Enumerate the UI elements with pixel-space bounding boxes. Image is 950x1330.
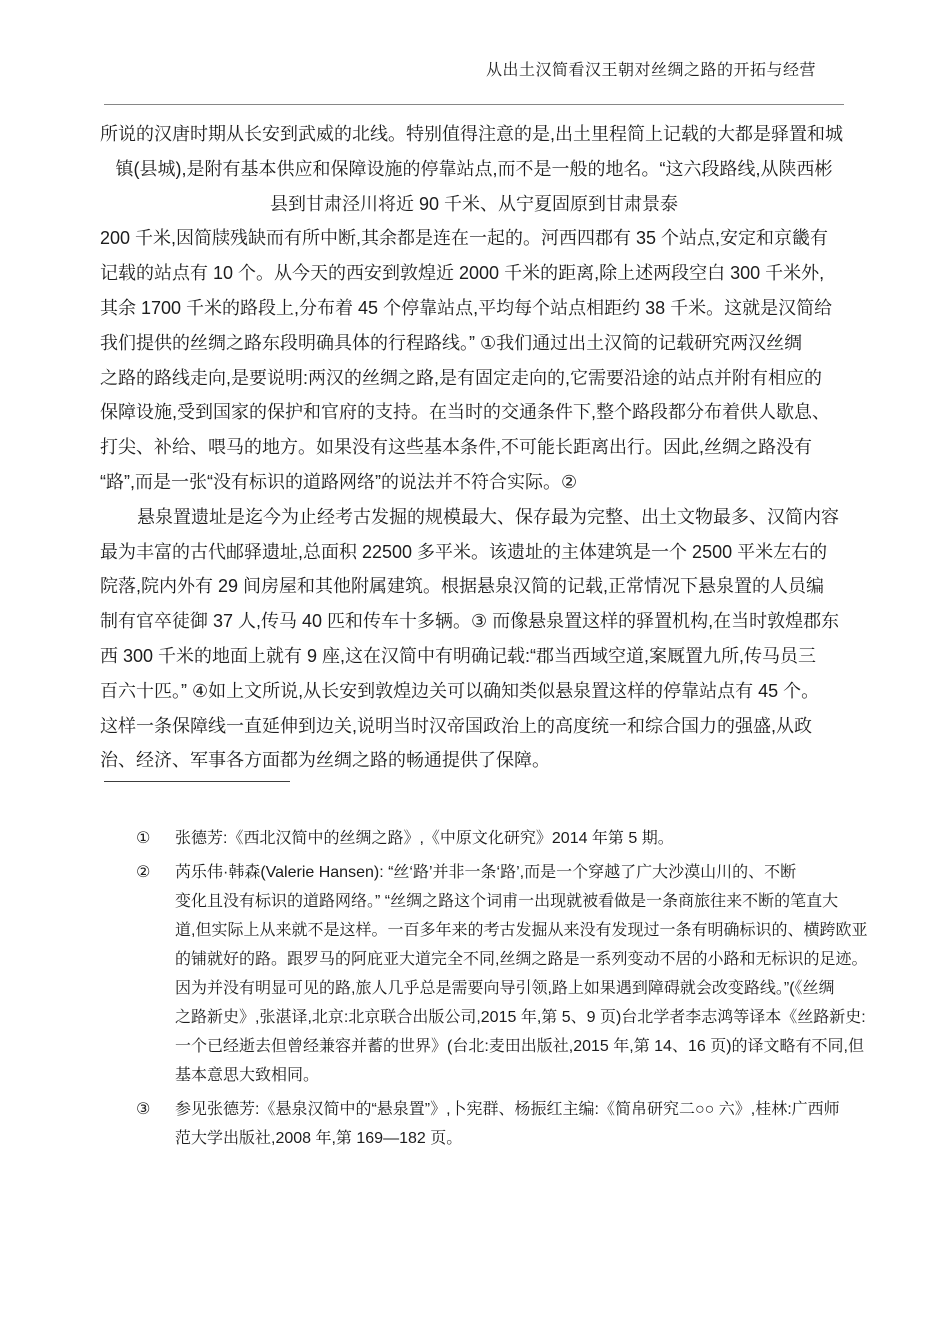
footnote-line: 范大学出版社,2008 年,第 169—182 页。 bbox=[175, 1124, 930, 1153]
footnote-line: 参见张德芳:《悬泉汉简中的“悬泉置”》,卜宪群、杨振红主编:《简帛研究二○○ 六… bbox=[175, 1095, 930, 1124]
body-line: 所说的汉唐时期从长安到武威的北线。特别值得注意的是,出土里程简上记载的大都是驿置… bbox=[100, 117, 848, 152]
paragraph: 悬泉置遗址是迄今为止经考古发掘的规模最大、保存最为完整、出土文物最多、汉简内容最… bbox=[100, 500, 848, 778]
document-body: 所说的汉唐时期从长安到武威的北线。特别值得注意的是,出土里程简上记载的大都是驿置… bbox=[100, 117, 848, 778]
body-line: 县到甘肃泾川将近 90 千米、从宁夏固原到甘肃景泰 bbox=[100, 187, 848, 222]
body-line: 打尖、补给、喂马的地方。如果没有这些基本条件,不可能长距离出行。因此,丝绸之路没… bbox=[100, 430, 848, 465]
footnote-line: 基本意思大致相同。 bbox=[175, 1061, 930, 1090]
body-line: 西 300 千米的地面上就有 9 座,这在汉简中有明确记载:“郡当西域空道,案厩… bbox=[100, 639, 848, 674]
footnote-marker: ① bbox=[136, 824, 150, 853]
body-line: 悬泉置遗址是迄今为止经考古发掘的规模最大、保存最为完整、出土文物最多、汉简内容 bbox=[100, 500, 848, 535]
footnote-divider bbox=[104, 781, 290, 782]
body-line: 这样一条保障线一直延伸到边关,说明当时汉帝国政治上的高度统一和综合国力的强盛,从… bbox=[100, 709, 848, 744]
paragraph: 所说的汉唐时期从长安到武威的北线。特别值得注意的是,出土里程简上记载的大都是驿置… bbox=[100, 117, 848, 500]
body-line: 记载的站点有 10 个。从今天的西安到敦煌近 2000 千米的距离,除上述两段空… bbox=[100, 256, 848, 291]
body-line: 保障设施,受到国家的保护和官府的支持。在当时的交通条件下,整个路段都分布着供人歇… bbox=[100, 395, 848, 430]
body-line: 治、经济、军事各方面都为丝绸之路的畅通提供了保障。 bbox=[100, 743, 848, 778]
footnote-item: ①张德芳:《西北汉简中的丝绸之路》,《中原文化研究》2014 年第 5 期。 bbox=[100, 824, 930, 853]
footnote-line: 张德芳:《西北汉简中的丝绸之路》,《中原文化研究》2014 年第 5 期。 bbox=[175, 824, 930, 853]
running-header-title: 从出土汉简看汉王朝对丝绸之路的开拓与经营 bbox=[100, 57, 816, 80]
footnote-marker: ② bbox=[136, 858, 150, 887]
footnote-line: 的铺就好的路。跟罗马的阿庇亚大道完全不同,丝绸之路是一系列变动不居的小路和无标识… bbox=[175, 945, 930, 974]
body-line: “路”,而是一张“没有标识的道路网络”的说法并不符合实际。② bbox=[100, 465, 848, 500]
footnote-item: ②芮乐伟·韩森(Valerie Hansen): “丝‘路’并非一条‘路’,而是… bbox=[100, 858, 930, 1090]
footnote-line: 一个已经逝去但曾经兼容并蓄的世界》(台北:麦田出版社,2015 年,第 14、1… bbox=[175, 1032, 930, 1061]
body-line: 其余 1700 千米的路段上,分布着 45 个停靠站点,平均每个站点相距约 38… bbox=[100, 291, 848, 326]
body-line: 院落,院内外有 29 间房屋和其他附属建筑。根据悬泉汉简的记载,正常情况下悬泉置… bbox=[100, 569, 848, 604]
body-line: 之路的路线走向,是要说明:两汉的丝绸之路,是有固定走向的,它需要沿途的站点并附有… bbox=[100, 361, 848, 396]
footnote-line: 变化且没有标识的道路网络。” “丝绸之路这个词甫一出现就被看做是一条商旅往来不断… bbox=[175, 887, 930, 916]
document-page: 从出土汉简看汉王朝对丝绸之路的开拓与经营 所说的汉唐时期从长安到武威的北线。特别… bbox=[0, 0, 950, 1330]
footnote-line: 芮乐伟·韩森(Valerie Hansen): “丝‘路’并非一条‘路’,而是一… bbox=[175, 858, 930, 887]
footnote-line: 之路新史》,张湛译,北京:北京联合出版公司,2015 年,第 5、9 页)台北学… bbox=[175, 1003, 930, 1032]
body-line: 制有官卒徒御 37 人,传马 40 匹和传车十多辆。③ 而像悬泉置这样的驿置机构… bbox=[100, 604, 848, 639]
footnotes-section: ①张德芳:《西北汉简中的丝绸之路》,《中原文化研究》2014 年第 5 期。②芮… bbox=[100, 824, 930, 1158]
footnote-line: 道,但实际上从来就不是这样。一百多年来的考古发掘从来没有发现过一条有明确标识的、… bbox=[175, 916, 930, 945]
header-divider bbox=[104, 104, 844, 105]
body-line: 镇(县城),是附有基本供应和保障设施的停靠站点,而不是一般的地名。“这六段路线,… bbox=[100, 152, 848, 187]
body-line: 百六十匹。” ④如上文所说,从长安到敦煌边关可以确知类似悬泉置这样的停靠站点有 … bbox=[100, 674, 848, 709]
footnote-item: ③参见张德芳:《悬泉汉简中的“悬泉置”》,卜宪群、杨振红主编:《简帛研究二○○ … bbox=[100, 1095, 930, 1153]
body-line: 200 千米,因简牍残缺而有所中断,其余都是连在一起的。河西四郡有 35 个站点… bbox=[100, 221, 848, 256]
footnote-line: 因为并没有明显可见的路,旅人几乎总是需要向导引领,路上如果遇到障碍就会改变路线。… bbox=[175, 974, 930, 1003]
body-line: 我们提供的丝绸之路东段明确具体的行程路线。” ①我们通过出土汉简的记载研究两汉丝… bbox=[100, 326, 848, 361]
footnote-marker: ③ bbox=[136, 1095, 150, 1124]
body-line: 最为丰富的古代邮驿遗址,总面积 22500 多平米。该遗址的主体建筑是一个 25… bbox=[100, 535, 848, 570]
